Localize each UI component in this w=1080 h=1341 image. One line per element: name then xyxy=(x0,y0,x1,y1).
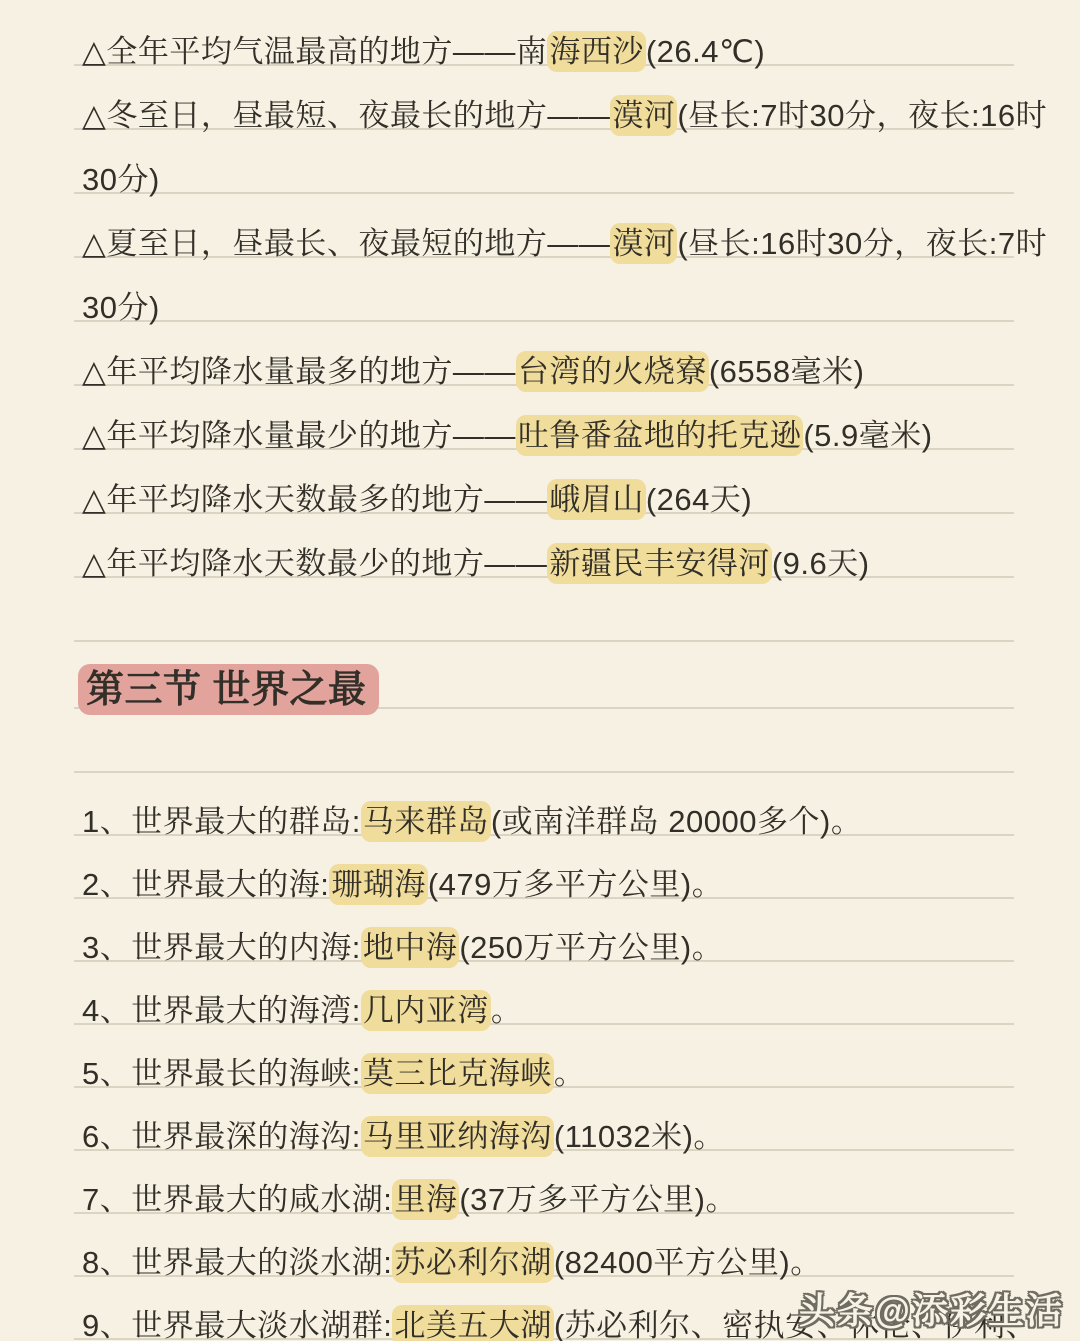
note-text: △年平均降水天数最多的地方—— xyxy=(82,482,547,517)
highlighted-text: 几内亚湾 xyxy=(361,990,491,1031)
note-text: △冬至日，昼最短、夜最长的地方—— xyxy=(82,98,610,133)
note-line-text: 4、世界最大的海湾:几内亚湾。 xyxy=(74,985,522,1030)
list-item: 3、世界最大的内海:地中海(250万平方公里)。 xyxy=(74,899,1014,962)
list-item: 1、世界最大的群岛:马来群岛(或南洋群岛 20000多个)。 xyxy=(74,773,1014,836)
section-title-highlight: 第三节 世界之最 xyxy=(78,664,379,715)
note-text: △年平均降水天数最少的地方—— xyxy=(82,546,547,581)
note-text: (9.6天) xyxy=(772,546,870,581)
note-text: (6558毫米) xyxy=(709,354,865,389)
note-text: △年平均降水量最多的地方—— xyxy=(82,354,516,389)
highlighted-text: 马来群岛 xyxy=(361,801,491,842)
highlighted-text: 里海 xyxy=(392,1179,459,1220)
blank-ruled-line xyxy=(74,709,1014,773)
highlighted-text: 地中海 xyxy=(361,927,460,968)
note-line: △年平均降水天数最少的地方——新疆民丰安得河(9.6天) xyxy=(74,514,1014,578)
highlighted-text: 新疆民丰安得河 xyxy=(547,543,772,584)
list-item: 6、世界最深的海沟:马里亚纳海沟(11032米)。 xyxy=(74,1088,1014,1151)
note-line-text: △冬至日，昼最短、夜最长的地方——漠河(昼长:7时30分，夜长:16时 xyxy=(74,90,1047,135)
note-line-text: △年平均降水天数最多的地方——峨眉山(264天) xyxy=(74,474,752,519)
note-text: 5、世界最长的海峡: xyxy=(82,1056,361,1091)
note-text: 3、世界最大的内海: xyxy=(82,930,361,965)
list-item: 4、世界最大的海湾:几内亚湾。 xyxy=(74,962,1014,1025)
note-text: (37万多平方公里)。 xyxy=(459,1182,737,1217)
note-text: 2、世界最大的海: xyxy=(82,867,329,902)
watermark: 头条@添彩生活 xyxy=(799,1283,1064,1334)
note-line-text: △年平均降水天数最少的地方——新疆民丰安得河(9.6天) xyxy=(74,538,870,583)
list-item: 5、世界最长的海峡:莫三比克海峡。 xyxy=(74,1025,1014,1088)
note-line-text: 2、世界最大的海:珊瑚海(479万多平方公里)。 xyxy=(74,859,723,904)
note-text: (82400平方公里)。 xyxy=(554,1245,822,1280)
note-line: △夏至日，昼最长、夜最短的地方——漠河(昼长:16时30分，夜长:7时 xyxy=(74,194,1014,258)
note-text: (11032米)。 xyxy=(554,1119,725,1154)
note-line-text: 30分) xyxy=(74,154,160,199)
list-item: 7、世界最大的咸水湖:里海(37万多平方公里)。 xyxy=(74,1151,1014,1214)
highlighted-text: 台湾的火烧寮 xyxy=(516,351,709,392)
highlighted-text: 苏必利尔湖 xyxy=(392,1242,554,1283)
note-line: 30分) xyxy=(74,258,1014,322)
note-text: 8、世界最大的淡水湖: xyxy=(82,1245,392,1280)
note-line-text: 3、世界最大的内海:地中海(250万平方公里)。 xyxy=(74,922,723,967)
note-line: △年平均降水量最少的地方——吐鲁番盆地的托克逊(5.9毫米) xyxy=(74,386,1014,450)
note-text: 。 xyxy=(491,993,523,1028)
note-line: 30分) xyxy=(74,130,1014,194)
highlighted-text: 漠河 xyxy=(610,95,677,136)
highlighted-text: 珊瑚海 xyxy=(329,864,428,905)
note-text: 1、世界最大的群岛: xyxy=(82,804,361,839)
note-text: 7、世界最大的咸水湖: xyxy=(82,1182,392,1217)
note-line-text: 1、世界最大的群岛:马来群岛(或南洋群岛 20000多个)。 xyxy=(74,796,862,841)
list-item: 2、世界最大的海:珊瑚海(479万多平方公里)。 xyxy=(74,836,1014,899)
note-text: 4、世界最大的海湾: xyxy=(82,993,361,1028)
highlighted-text: 峨眉山 xyxy=(547,479,646,520)
highlighted-text: 海西沙 xyxy=(547,31,646,72)
section-title: 第三节 世界之最 xyxy=(74,658,379,713)
note-line-text: 7、世界最大的咸水湖:里海(37万多平方公里)。 xyxy=(74,1174,737,1219)
note-text: (昼长:16时30分，夜长:7时 xyxy=(677,226,1047,261)
note-text: (264天) xyxy=(646,482,752,517)
note-text: 9、世界最大淡水湖群: xyxy=(82,1308,392,1341)
note-line: △全年平均气温最高的地方——南海西沙(26.4℃) xyxy=(74,2,1014,66)
note-line-text: △夏至日，昼最长、夜最短的地方——漠河(昼长:16时30分，夜长:7时 xyxy=(74,218,1047,263)
highlighted-text: 莫三比克海峡 xyxy=(361,1053,554,1094)
note-text: (250万平方公里)。 xyxy=(459,930,723,965)
section-header-line: 第三节 世界之最 xyxy=(74,642,1014,709)
note-text: (昼长:7时30分，夜长:16时 xyxy=(677,98,1047,133)
notebook-page: △全年平均气温最高的地方——南海西沙(26.4℃) △冬至日，昼最短、夜最长的地… xyxy=(0,0,1080,1341)
note-line: △冬至日，昼最短、夜最长的地方——漠河(昼长:7时30分，夜长:16时 xyxy=(74,66,1014,130)
note-text: 30分) xyxy=(82,290,160,325)
note-line: △年平均降水量最多的地方——台湾的火烧寮(6558毫米) xyxy=(74,322,1014,386)
note-text: 6、世界最深的海沟: xyxy=(82,1119,361,1154)
note-line-text: △年平均降水量最少的地方——吐鲁番盆地的托克逊(5.9毫米) xyxy=(74,410,933,455)
note-text: (479万多平方公里)。 xyxy=(428,867,723,902)
note-text: △夏至日，昼最长、夜最短的地方—— xyxy=(82,226,610,261)
note-text: 。 xyxy=(554,1056,586,1091)
note-line-text: △全年平均气温最高的地方——南海西沙(26.4℃) xyxy=(74,26,765,71)
note-line: △年平均降水天数最多的地方——峨眉山(264天) xyxy=(74,450,1014,514)
note-text: △全年平均气温最高的地方——南 xyxy=(82,34,547,69)
note-line-text: 8、世界最大的淡水湖:苏必利尔湖(82400平方公里)。 xyxy=(74,1237,822,1282)
note-line-text: 30分) xyxy=(74,282,160,327)
note-text: (或南洋群岛 20000多个)。 xyxy=(491,804,862,839)
highlighted-text: 吐鲁番盆地的托克逊 xyxy=(516,415,804,456)
note-text: (26.4℃) xyxy=(646,34,765,69)
note-line-text: △年平均降水量最多的地方——台湾的火烧寮(6558毫米) xyxy=(74,346,864,391)
highlighted-text: 北美五大湖 xyxy=(392,1305,554,1341)
note-text: (5.9毫米) xyxy=(803,418,932,453)
highlighted-text: 漠河 xyxy=(610,223,677,264)
note-line-text: 6、世界最深的海沟:马里亚纳海沟(11032米)。 xyxy=(74,1111,725,1156)
note-text: 30分) xyxy=(82,162,160,197)
blank-ruled-line xyxy=(74,578,1014,642)
list-item: 8、世界最大的淡水湖:苏必利尔湖(82400平方公里)。 xyxy=(74,1214,1014,1277)
highlighted-text: 马里亚纳海沟 xyxy=(361,1116,554,1157)
note-text: △年平均降水量最少的地方—— xyxy=(82,418,516,453)
note-line-text: 5、世界最长的海峡:莫三比克海峡。 xyxy=(74,1048,585,1093)
